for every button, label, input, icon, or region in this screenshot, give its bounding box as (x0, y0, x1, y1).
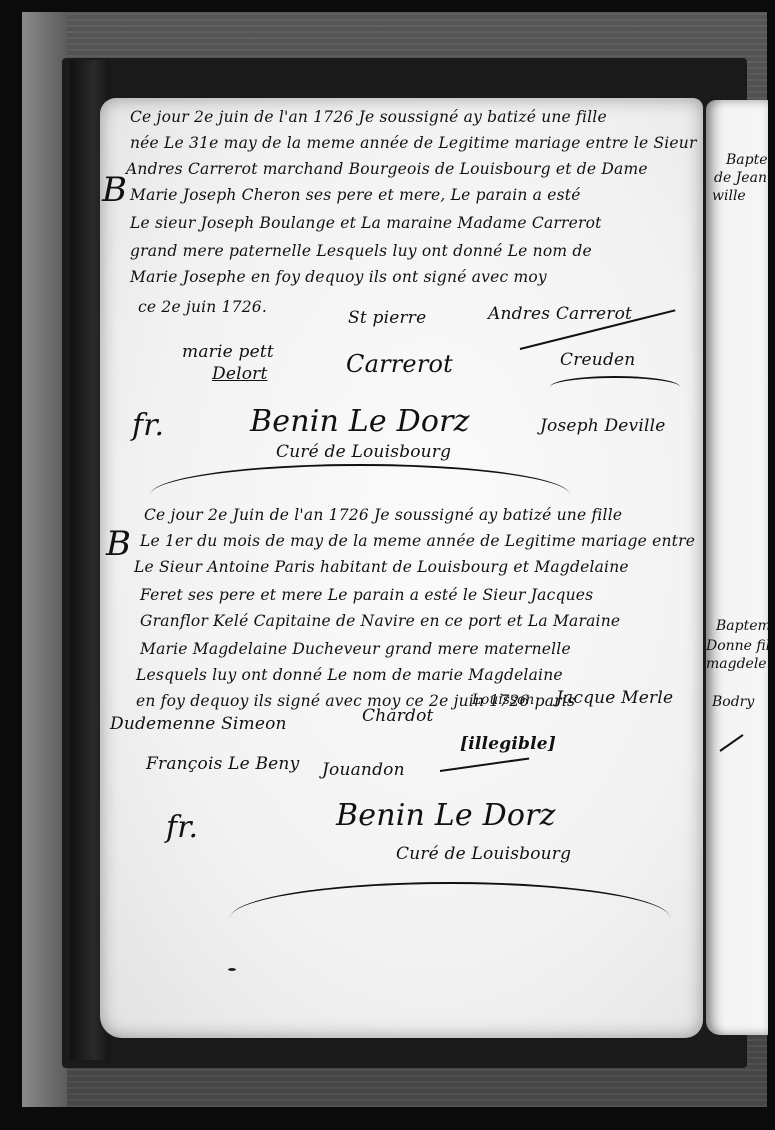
signature-jouandon: Jouandon (322, 760, 405, 780)
signature-carrerot: Carrerot (346, 350, 453, 378)
entry-1-line-5: Le sieur Joseph Boulange et La maraine M… (130, 214, 602, 232)
scanner-edge (22, 12, 67, 1107)
signature-francois-le-beny: François Le Beny (146, 754, 299, 774)
facing-page-fragment: magdele (706, 656, 767, 672)
closing-flourish (230, 882, 670, 954)
facing-page-fragment: Bodry (712, 694, 754, 710)
entry-1-margin-mark: B (102, 170, 127, 210)
signature-creuden: Creuden (560, 350, 635, 370)
signature-andres-carrerot: Andres Carrerot (488, 304, 632, 324)
entry-2-line-2: Le 1er du mois de may de la meme année d… (140, 532, 695, 550)
entry-1-line-8: ce 2e juin 1726. (138, 298, 267, 316)
ink-speck (228, 968, 236, 971)
entry-2-line-5: Granflor Kelé Capitaine de Navire en ce … (140, 612, 620, 630)
facing-page: Baptem de Jean wille Baptem Donne fille … (706, 100, 768, 1035)
signature-flourish (440, 757, 529, 772)
entry-2-line-6: Marie Magdelaine Ducheveur grand mere ma… (140, 640, 571, 658)
entry-2-line-7: Lesquels luy ont donné Le nom de marie M… (136, 666, 563, 684)
signature-chardot: Chardot (362, 706, 434, 726)
priest-prefix: fr. (132, 408, 164, 443)
entry-1-line-7: Marie Josephe en foy dequoy ils ont sign… (130, 268, 547, 286)
priest-prefix: fr. (166, 810, 198, 845)
facing-page-fragment: Baptem (726, 152, 768, 168)
signature-marie-pett: marie pett (182, 342, 274, 362)
entry-1-line-3: Andres Carrerot marchand Bourgeois de Lo… (126, 160, 648, 178)
facing-page-fragment: de Jean (714, 170, 767, 186)
priest-signature-name: Benin Le Dorz (336, 798, 556, 833)
entry-1-line-1: Ce jour 2e juin de l'an 1726 Je soussign… (130, 108, 607, 126)
signature-flourish (550, 376, 680, 398)
entry-2-line-3: Le Sieur Antoine Paris habitant de Louis… (134, 558, 629, 576)
facing-page-fragment: wille (712, 188, 746, 204)
facing-page-fragment: Baptem (716, 618, 768, 634)
entry-1-line-6: grand mere paternelle Lesquels luy ont d… (130, 242, 592, 260)
signature-delort: Delort (212, 364, 268, 384)
register-page: B Ce jour 2e juin de l'an 1726 Je soussi… (100, 98, 703, 1038)
entry-2-line-4: Feret ses pere et mere Le parain a esté … (140, 586, 593, 604)
signature-jacque-merle: Jacque Merle (556, 688, 673, 708)
signature-joseph-deville: Joseph Deville (540, 416, 666, 436)
signature-louisson: Louisson (472, 692, 534, 708)
priest-signature-title: Curé de Louisbourg (276, 442, 451, 462)
entry-2-margin-mark: B (106, 524, 131, 564)
facing-page-fragment: Donne fille (706, 638, 768, 654)
signature-st-pierre: St pierre (348, 308, 426, 328)
entry-1-line-4: Marie Joseph Cheron ses pere et mere, Le… (130, 186, 581, 204)
signature-dudemenne-simeon: Dudemenne Simeon (110, 714, 287, 734)
priest-signature-title: Curé de Louisbourg (396, 844, 571, 864)
facing-page-stroke (719, 734, 743, 752)
priest-signature-name: Benin Le Dorz (250, 404, 470, 439)
signature-illegible: [illegible] (460, 734, 556, 754)
entry-1-line-2: née Le 31e may de la meme année de Legit… (130, 134, 697, 152)
entry-2-line-1: Ce jour 2e Juin de l'an 1726 Je soussign… (144, 506, 622, 524)
